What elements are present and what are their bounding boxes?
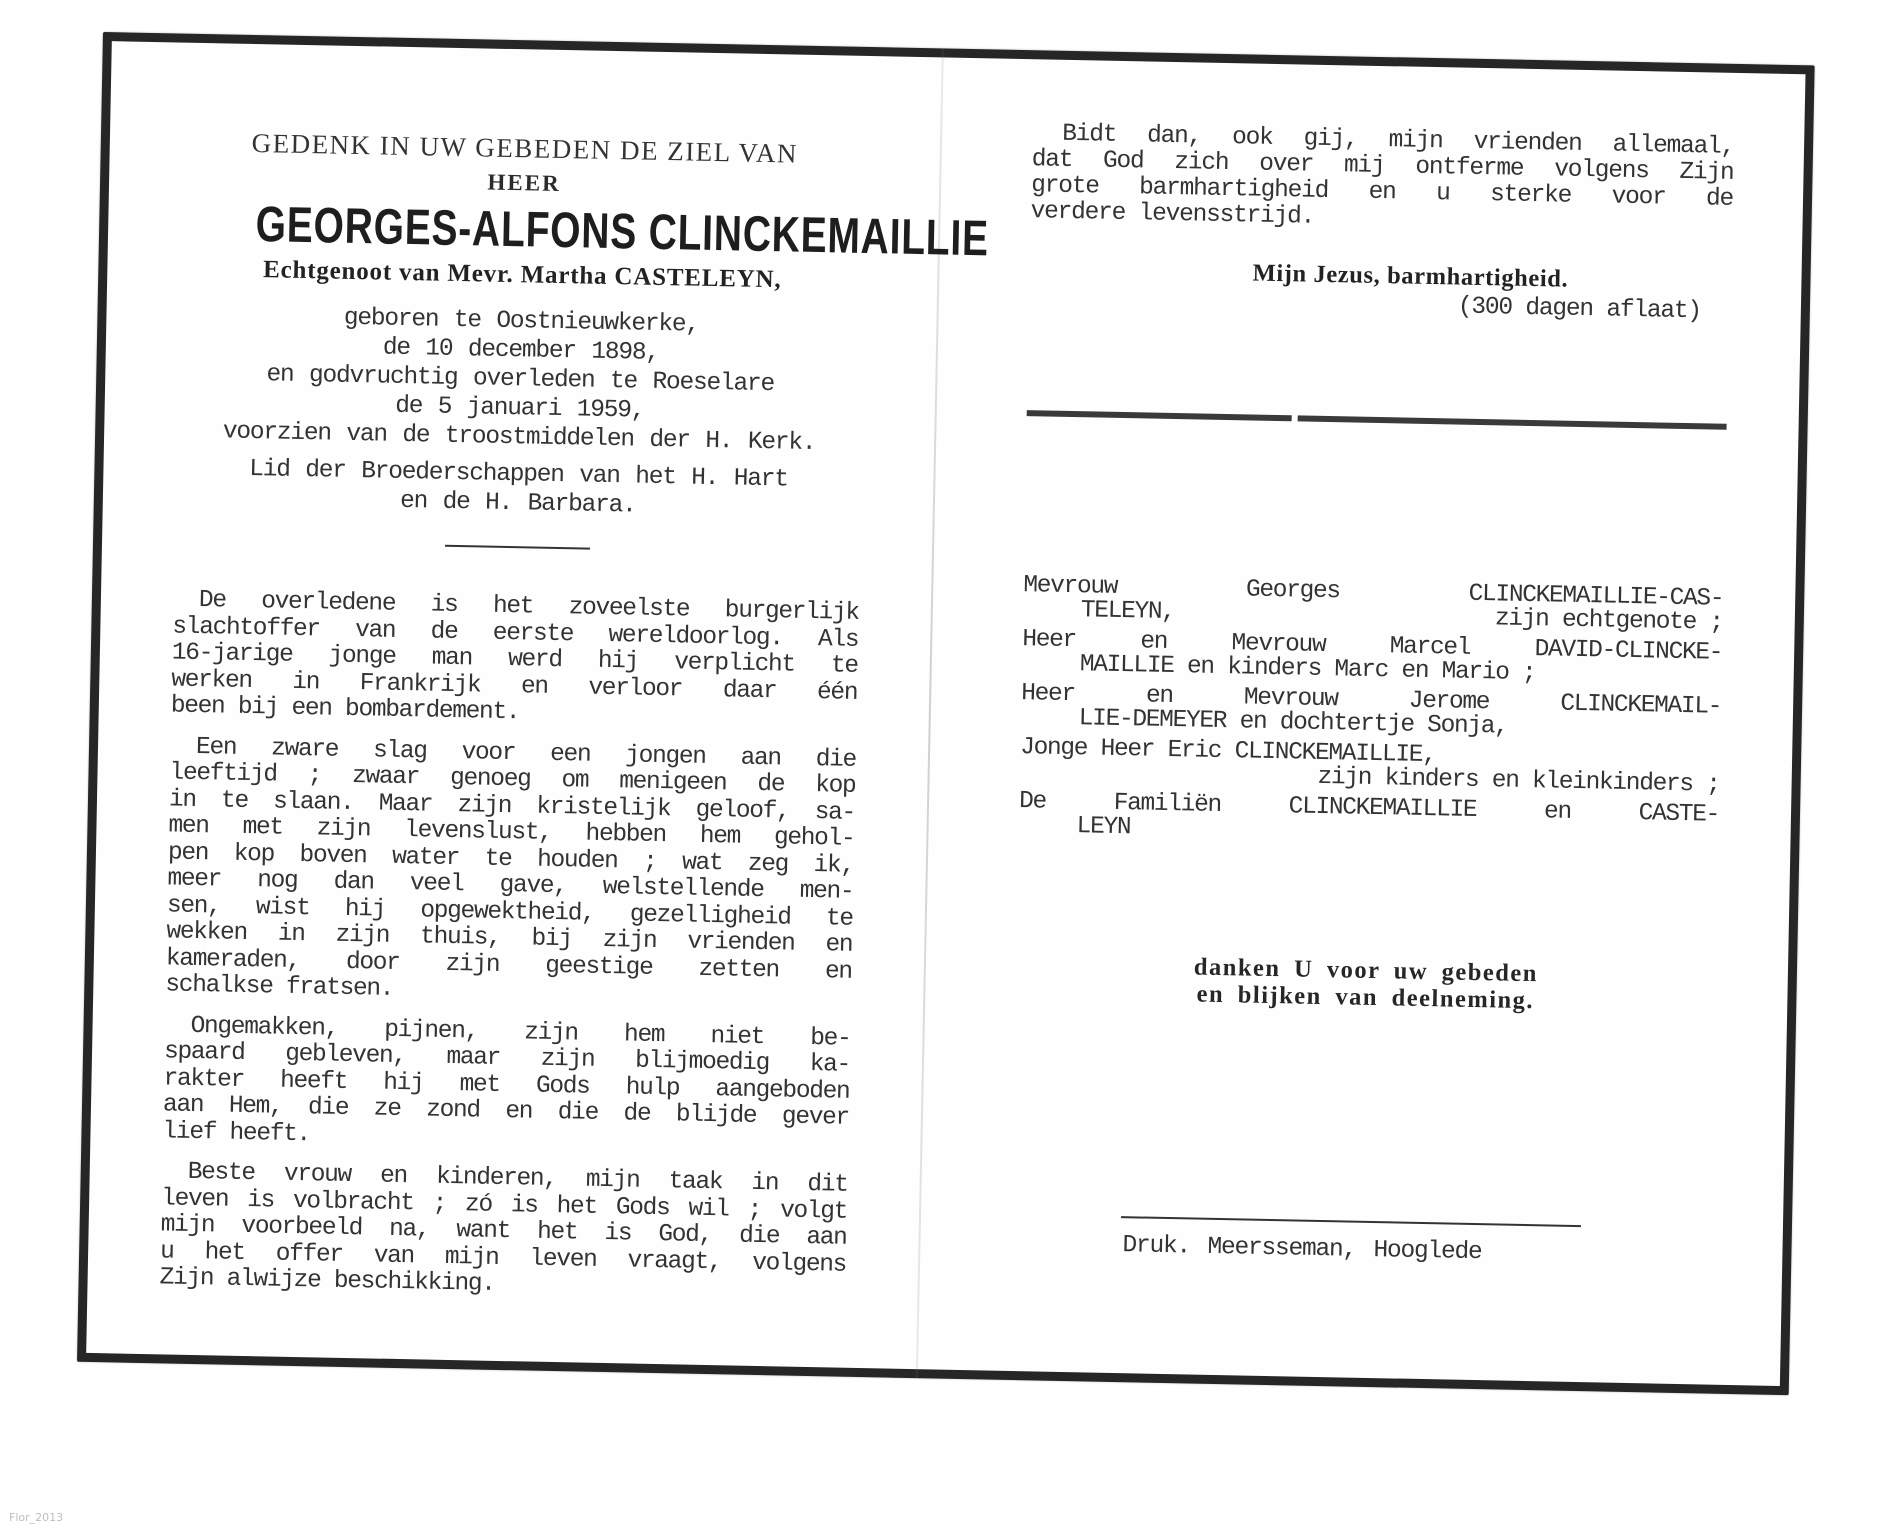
biography-paragraph: De overledene is het zoveelste burgerlij… xyxy=(171,587,859,733)
biography: De overledene is het zoveelste burgerlij… xyxy=(159,587,859,1305)
biography-paragraph: Beste vrouw en kinderen, mijn taak in di… xyxy=(159,1159,847,1305)
family-entry: De Familiën CLINCKEMAILLIE en CASTE- LEY… xyxy=(1018,790,1719,852)
left-page: GEDENK IN UW GEBEDEN DE ZIEL VAN HEER GE… xyxy=(86,41,941,1369)
relation: zijn echtgenote ; xyxy=(1495,607,1723,635)
deceased-name: GEORGES-ALFONS CLINCKEMAILLIE xyxy=(255,197,791,262)
pray-line: GEDENK IN UW GEBEDEN DE ZIEL VAN xyxy=(182,127,868,171)
watermark: Flor_2013 xyxy=(9,1511,63,1524)
divider xyxy=(445,545,590,550)
family-list: Mevrouw Georges CLINCKEMAILLIE-CAS- TELE… xyxy=(1018,574,1723,852)
vitals-block: geboren te Oostnieuwkerke, de 10 decembe… xyxy=(176,301,865,459)
memorial-card: GEDENK IN UW GEBEDEN DE ZIEL VAN HEER GE… xyxy=(77,32,1815,1395)
divider-segment xyxy=(1027,410,1292,421)
printer-credit: Druk. Meersseman, Hooglede xyxy=(1122,1232,1712,1271)
divider-segment xyxy=(1298,415,1727,429)
prayer-text: Bidt dan, ook gij, mijn vrienden allemaa… xyxy=(1030,121,1734,239)
text-fragment: TELEYN, xyxy=(1081,599,1175,625)
family-entry: Jonge Heer Eric CLINCKEMAILLIE, zijn kin… xyxy=(1019,736,1720,798)
thanks-note: danken U voor uw gebeden en blijken van … xyxy=(1015,950,1716,1018)
family-entry: Heer en Mevrouw Jerome CLINCKEMAIL- LIE-… xyxy=(1021,682,1722,744)
biography-paragraph: Een zware slag voor een jongen aan die l… xyxy=(165,734,856,1012)
family-entry: Heer en Mevrouw Marcel DAVID-CLINCKE- MA… xyxy=(1022,628,1723,690)
biography-paragraph: Ongemakken, pijnen, zijn hem niet be- sp… xyxy=(162,1013,850,1159)
membership-block: Lid der Broederschappen van het H. Hart … xyxy=(175,454,862,525)
divider xyxy=(1121,1216,1581,1227)
thick-divider xyxy=(1027,410,1727,430)
right-page: Bidt dan, ook gij, mijn vrienden allemaa… xyxy=(918,57,1805,1386)
family-entry: Mevrouw Georges CLINCKEMAILLIE-CAS- TELE… xyxy=(1023,574,1724,636)
